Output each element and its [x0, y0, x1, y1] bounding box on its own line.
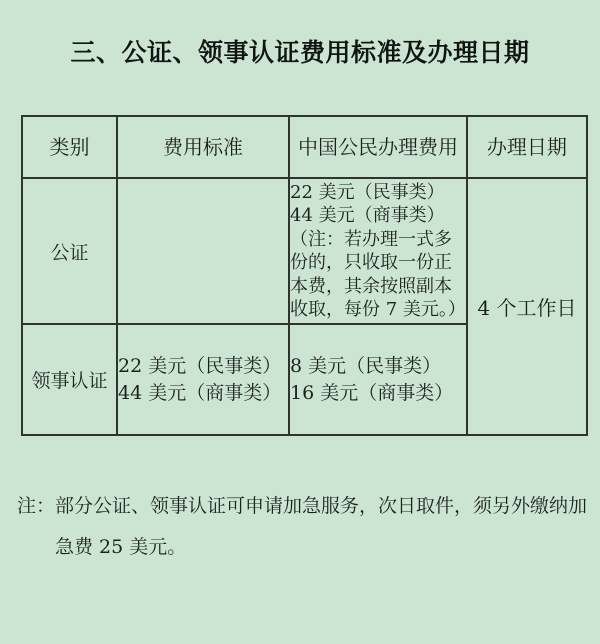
header-cell-processing-date: 办理日期 [467, 116, 587, 178]
cell-notary-fee-standard [117, 178, 289, 324]
header-cell-fee-standard: 费用标准 [117, 116, 289, 178]
table-row-notary: 公证 22 美元（民事类）44 美元（商事类）（注：若办理一式多份的，只收取一份… [22, 178, 587, 324]
footnote-label: 注： [17, 486, 55, 568]
page-title: 三、公证、领事认证费用标准及办理日期 [0, 33, 600, 69]
header-cell-category: 类别 [22, 116, 117, 178]
cell-processing-days: 4 个工作日 [467, 178, 587, 435]
table-header-row: 类别 费用标准 中国公民办理费用 办理日期 [22, 116, 587, 178]
footnote-body: 部分公证、领事认证可申请加急服务，次日取件，须另外缴纳加急费 25 美元。 [55, 486, 587, 568]
cell-notary-citizen-fee: 22 美元（民事类）44 美元（商事类）（注：若办理一式多份的，只收取一份正本费… [289, 178, 467, 324]
cell-consular-citizen-fee: 8 美元（民事类）16 美元（商事类） [289, 324, 467, 435]
header-cell-citizen-fee: 中国公民办理费用 [289, 116, 467, 178]
page: 三、公证、领事认证费用标准及办理日期 类别 费用标准 中国公民办理费用 办理日期… [0, 0, 600, 644]
cell-notary-category: 公证 [22, 178, 117, 324]
footnote: 注： 部分公证、领事认证可申请加急服务，次日取件，须另外缴纳加急费 25 美元。 [17, 486, 587, 568]
fee-table: 类别 费用标准 中国公民办理费用 办理日期 公证 22 美元（民事类）44 美元… [21, 115, 588, 436]
cell-consular-fee-standard: 22 美元（民事类）44 美元（商事类） [117, 324, 289, 435]
cell-consular-category: 领事认证 [22, 324, 117, 435]
